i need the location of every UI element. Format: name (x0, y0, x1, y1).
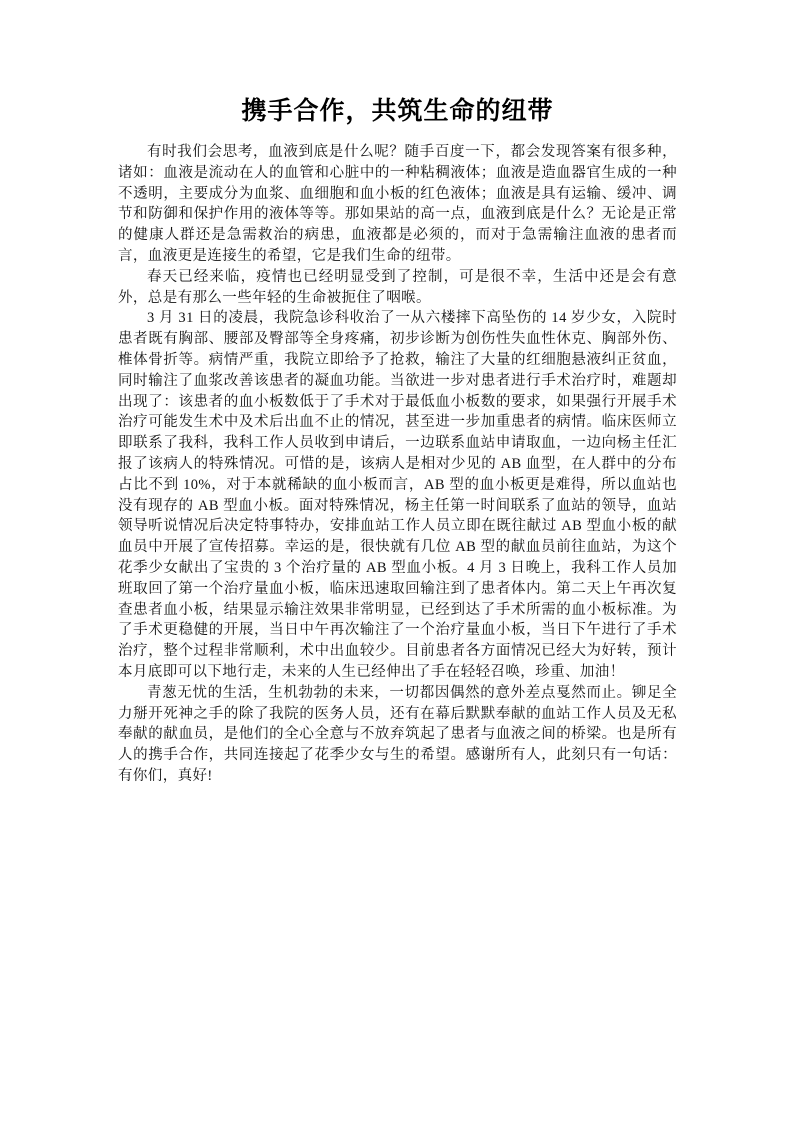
paragraph-case-story: 3 月 31 日的凌晨，我院急诊科收治了一从六楼摔下高坠伤的 14 岁少女，入院… (118, 308, 677, 682)
paragraph-spring: 春天已经来临，疫情也已经明显受到了控制，可是很不幸，生活中还是会有意外，总是有那… (118, 267, 677, 309)
document-page: 携手合作，共筑生命的纽带 有时我们会思考，血液到底是什么呢？随手百度一下，都会发… (0, 0, 793, 1122)
document-body: 有时我们会思考，血液到底是什么呢？随手百度一下，都会发现答案有很多种，诸如：血液… (118, 142, 677, 787)
document-title: 携手合作，共筑生命的纽带 (118, 96, 677, 128)
paragraph-conclusion: 青葱无忧的生活，生机勃勃的未来，一切都因偶然的意外差点戛然而止。铆足全力掰开死神… (118, 683, 677, 787)
paragraph-intro: 有时我们会思考，血液到底是什么呢？随手百度一下，都会发现答案有很多种，诸如：血液… (118, 142, 677, 267)
